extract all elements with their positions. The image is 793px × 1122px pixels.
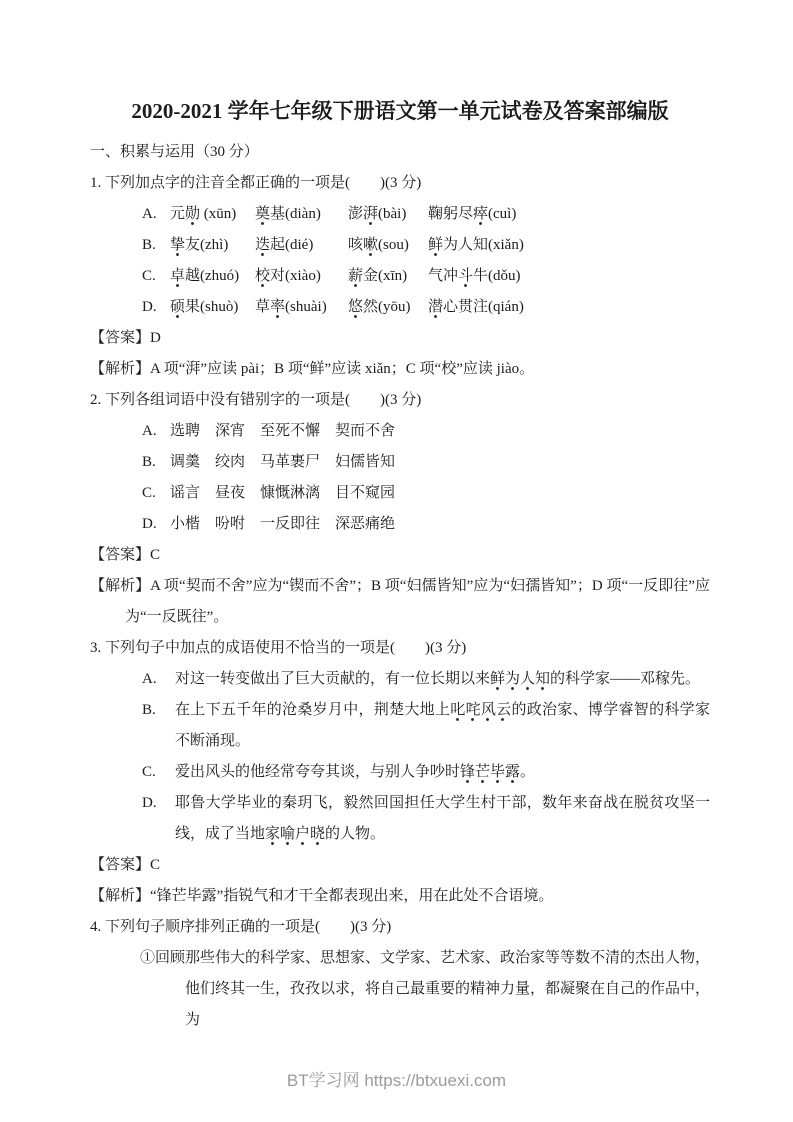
option-word: 挚友(zhì) bbox=[170, 230, 255, 261]
option-word: 澎湃(bài) bbox=[348, 199, 428, 230]
q4-sentence-1: ①回顾那些伟大的科学家、思想家、文学家、艺术家、政治家等等数不清的杰出人物，他们… bbox=[90, 943, 710, 1036]
option-word: 硕果(shuò) bbox=[170, 292, 255, 323]
q3-option-a: A. 对这一转变做出了巨大贡献的，有一位长期以来鲜为人知的科学家——邓稼先。 bbox=[90, 664, 710, 695]
option-text: 在上下五千年的沧桑岁月中，荆楚大地上叱咤风云的政治家、博学睿智的科学家不断涌现。 bbox=[175, 695, 710, 757]
q1-option-row-d: D. 硕果(shuò) 草率(shuài) 悠然(yōu) 潜心贯注(qián) bbox=[90, 292, 710, 323]
option-label: A. bbox=[142, 664, 175, 695]
exam-paper-page: 2020-2021 学年七年级下册语文第一单元试卷及答案部编版 一、积累与运用（… bbox=[0, 0, 793, 1122]
q3-option-b: B. 在上下五千年的沧桑岁月中，荆楚大地上叱咤风云的政治家、博学睿智的科学家不断… bbox=[90, 695, 710, 757]
option-word: 元勋 (xūn) bbox=[170, 199, 255, 230]
q2-answer: 【答案】C bbox=[90, 540, 710, 571]
option-word: 鲜为人知(xiǎn) bbox=[428, 230, 710, 261]
option-word: 校对(xiào) bbox=[255, 261, 348, 292]
q3-option-d: D. 耶鲁大学毕业的秦玥飞，毅然回国担任大学生村干部，数年来奋战在脱贫攻坚一线，… bbox=[90, 788, 710, 850]
q2-option-row-a: A. 选聘 深宵 至死不懈 契而不舍 bbox=[90, 416, 710, 447]
option-word: 卓越(zhuó) bbox=[170, 261, 255, 292]
footer-watermark: BT学习网 https://btxuexi.com bbox=[0, 1066, 793, 1091]
option-label: D. bbox=[142, 788, 175, 850]
q3-stem: 3. 下列句子中加点的成语使用不恰当的一项是( )(3 分) bbox=[90, 633, 710, 664]
option-label: D. bbox=[142, 292, 170, 323]
option-label: B. bbox=[142, 695, 175, 757]
option-text: 耶鲁大学毕业的秦玥飞，毅然回国担任大学生村干部，数年来奋战在脱贫攻坚一线，成了当… bbox=[175, 788, 710, 850]
option-label: C. bbox=[142, 757, 175, 788]
q1-option-row-a: A. 元勋 (xūn) 奠基(diàn) 澎湃(bài) 鞠躬尽瘁(cuì) bbox=[90, 199, 710, 230]
q4-stem: 4. 下列句子顺序排列正确的一项是( )(3 分) bbox=[90, 912, 710, 943]
option-word: 咳嗽(sou) bbox=[348, 230, 428, 261]
option-text: 选聘 深宵 至死不懈 契而不舍 bbox=[170, 416, 710, 447]
exam-content: 2020-2021 学年七年级下册语文第一单元试卷及答案部编版 一、积累与运用（… bbox=[90, 94, 710, 1036]
q2-option-row-c: C. 谣言 昼夜 慷慨淋漓 目不窥园 bbox=[90, 478, 710, 509]
q3-answer: 【答案】C bbox=[90, 850, 710, 881]
option-label: C. bbox=[142, 261, 170, 292]
option-word: 薪金(xīn) bbox=[348, 261, 428, 292]
q1-option-row-b: B. 挚友(zhì) 迭起(dié) 咳嗽(sou) 鲜为人知(xiǎn) bbox=[90, 230, 710, 261]
option-text: 谣言 昼夜 慷慨淋漓 目不窥园 bbox=[170, 478, 710, 509]
option-label: A. bbox=[142, 199, 170, 230]
option-label: D. bbox=[142, 509, 170, 540]
option-word: 奠基(diàn) bbox=[255, 199, 348, 230]
q2-option-row-d: D. 小楷 吩咐 一反即往 深恶痛绝 bbox=[90, 509, 710, 540]
option-word: 草率(shuài) bbox=[255, 292, 348, 323]
footer-link[interactable]: BT学习网 https://btxuexi.com bbox=[287, 1071, 506, 1090]
q1-option-row-c: C. 卓越(zhuó) 校对(xiào) 薪金(xīn) 气冲斗牛(dǒu) bbox=[90, 261, 710, 292]
page-title: 2020-2021 学年七年级下册语文第一单元试卷及答案部编版 bbox=[90, 94, 710, 128]
q1-analysis: 【解析】A 项“湃”应读 pài；B 项“鲜”应读 xiǎn；C 项“校”应读 … bbox=[90, 354, 710, 385]
option-label: B. bbox=[142, 230, 170, 261]
option-label: A. bbox=[142, 416, 170, 447]
q2-stem: 2. 下列各组词语中没有错别字的一项是( )(3 分) bbox=[90, 385, 710, 416]
option-label: B. bbox=[142, 447, 170, 478]
option-word: 迭起(dié) bbox=[255, 230, 348, 261]
option-word: 鞠躬尽瘁(cuì) bbox=[428, 199, 710, 230]
option-text: 调羹 绞肉 马革裹尸 妇儒皆知 bbox=[170, 447, 710, 478]
option-word: 气冲斗牛(dǒu) bbox=[428, 261, 710, 292]
option-text: 爱出风头的他经常夸夸其谈，与别人争吵时锋芒毕露。 bbox=[175, 757, 710, 788]
q1-stem: 1. 下列加点字的注音全都正确的一项是( )(3 分) bbox=[90, 168, 710, 199]
q1-answer: 【答案】D bbox=[90, 323, 710, 354]
q2-analysis: 【解析】A 项“契而不舍”应为“锲而不舍”；B 项“妇儒皆知”应为“妇孺皆知”；… bbox=[90, 571, 710, 633]
q2-option-row-b: B. 调羹 绞肉 马革裹尸 妇儒皆知 bbox=[90, 447, 710, 478]
option-label: C. bbox=[142, 478, 170, 509]
section-heading: 一、积累与运用（30 分） bbox=[90, 137, 710, 168]
option-word: 潜心贯注(qián) bbox=[428, 292, 710, 323]
option-text: 小楷 吩咐 一反即往 深恶痛绝 bbox=[170, 509, 710, 540]
q3-option-c: C. 爱出风头的他经常夸夸其谈，与别人争吵时锋芒毕露。 bbox=[90, 757, 710, 788]
option-word: 悠然(yōu) bbox=[348, 292, 428, 323]
option-text: 对这一转变做出了巨大贡献的，有一位长期以来鲜为人知的科学家——邓稼先。 bbox=[175, 664, 710, 695]
q3-analysis: 【解析】“锋芒毕露”指锐气和才干全都表现出来，用在此处不合语境。 bbox=[90, 881, 710, 912]
